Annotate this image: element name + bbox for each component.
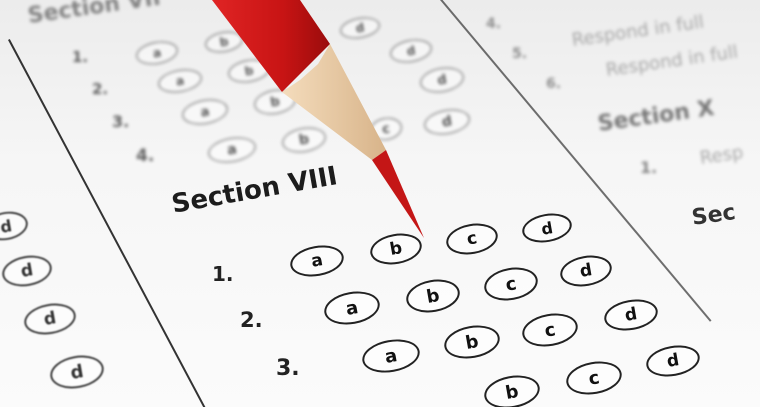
question-number: 4. (136, 146, 154, 166)
bubble-b[interactable]: b (252, 87, 298, 118)
question-number: 3. (112, 112, 129, 131)
question-number: 2. (92, 80, 108, 98)
lower-section-title: Sec (690, 200, 737, 231)
bubble-d[interactable]: d (339, 15, 382, 42)
bubble-b[interactable]: b (368, 230, 424, 269)
bubble-a[interactable]: a (156, 66, 203, 95)
section-title: Section X (596, 96, 716, 137)
bubble-d[interactable]: d (388, 37, 433, 66)
bubble-d[interactable]: d (520, 210, 574, 246)
bubble-b[interactable]: b (204, 29, 245, 55)
bubble-c[interactable]: c (368, 115, 403, 142)
bubble-c[interactable]: c (520, 309, 581, 350)
bubble-d[interactable]: d (0, 208, 30, 243)
bubble-a[interactable]: a (322, 287, 383, 328)
bubble-d[interactable]: d (22, 300, 78, 339)
bubble-c[interactable]: c (444, 220, 500, 259)
bubble-b[interactable]: b (226, 57, 271, 86)
bubble-d[interactable]: d (418, 64, 465, 95)
bubble-b[interactable]: b (404, 276, 463, 317)
question-number: 1. (72, 48, 88, 66)
main-section-title: Section VIII (169, 161, 339, 220)
bubble-c[interactable]: c (564, 357, 625, 398)
bubble-a[interactable]: a (206, 134, 257, 166)
bubble-d[interactable]: d (48, 352, 107, 393)
bubble-d[interactable]: d (602, 296, 660, 335)
bubble-d[interactable]: d (558, 252, 614, 291)
question-number: 2. (240, 308, 263, 332)
item-number: 5. (512, 46, 527, 62)
bubble-d[interactable]: d (422, 106, 471, 138)
bubble-b[interactable]: b (482, 371, 543, 407)
item-text: Respond in full (571, 12, 706, 51)
bubble-d[interactable]: d (0, 252, 54, 290)
item-text: Resp (699, 142, 745, 169)
bubble-a[interactable]: a (134, 39, 179, 68)
item-text: Respond in full (605, 42, 740, 81)
bubble-a[interactable]: a (288, 242, 346, 281)
top-section-title: Section VII (26, 0, 162, 29)
bubble-c[interactable]: c (482, 264, 541, 305)
answer-sheet-photo: Section VII 1. a b d 2. a b d 3. a b d 4… (0, 0, 760, 407)
bubble-d[interactable]: d (644, 342, 702, 381)
question-number: 3. (276, 356, 300, 381)
bubble-a[interactable]: a (360, 335, 423, 377)
bubble-a[interactable]: a (180, 96, 229, 128)
item-number: 1. (640, 158, 657, 177)
question-number: 1. (212, 262, 234, 286)
bubble-b[interactable]: b (280, 124, 327, 155)
item-number: 6. (546, 76, 561, 92)
bubble-b[interactable]: b (442, 321, 503, 362)
item-number: 4. (486, 16, 501, 32)
